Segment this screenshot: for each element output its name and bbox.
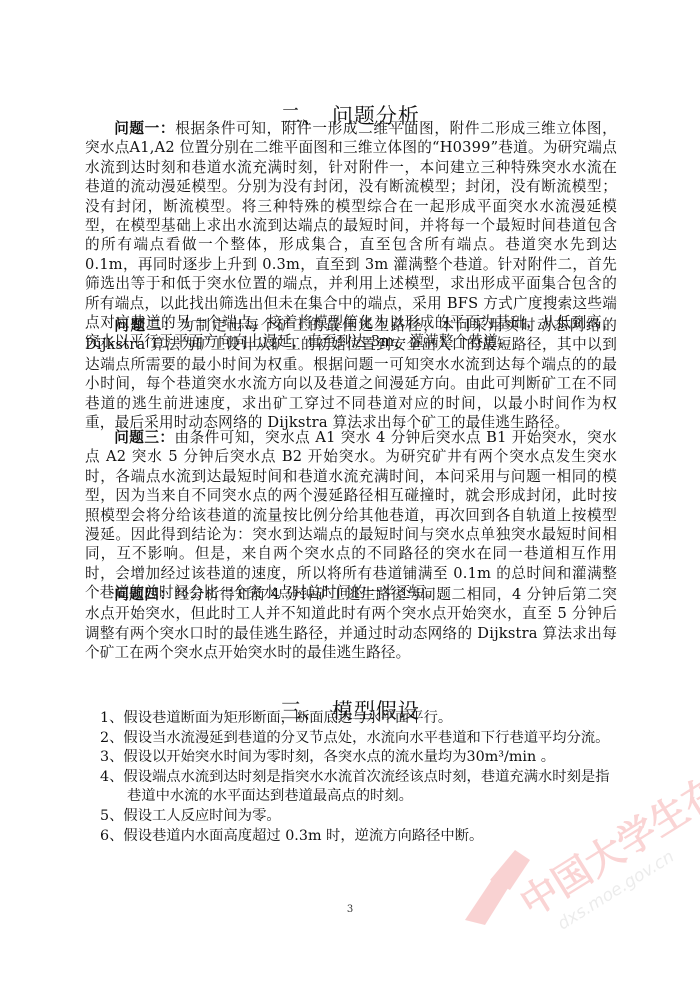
assumption-item: 6、假设巷道内水面高度超过 0.3m 时，逆流方向路径中断。 [100,827,620,847]
problem-4-label: 问题四： [114,586,174,603]
assumption-item: 3、假设以开始突水时间为零时刻，各突水点的流水量均为30m³/min 。 [100,748,620,768]
problem-3-label: 问题三： [114,429,174,446]
problem-2-label: 问题二： [114,317,179,334]
assumption-item: 1、假设巷道断面为矩形断面，断面底边与水平面平行。 [100,709,620,729]
problem-1-label: 问题一： [114,120,175,137]
document-page: 二、 问题分析 问题一：根据条件可知，附件一形成二维平面图，附件二形成三维立体图… [0,0,700,989]
assumption-item: 2、假设当水流漫延到巷道的分叉节点处，水流向水平巷道和下行巷道平均分流。 [100,729,620,749]
watermark-url-text: dxs.moe.gov.cn [554,847,678,930]
paragraph-problem-4: 问题四：经分析得知前 4 分钟矿工逃生路径与问题二相同，4 分钟后第二突水点开始… [85,585,617,663]
problem-3-text: 由条件可知，突水点 A1 突水 4 分钟后突水点 B1 开始突水，突水点 A2 … [85,429,617,601]
assumption-list: 1、假设巷道断面为矩形断面，断面底边与水平面平行。 2、假设当水流漫延到巷道的分… [100,709,620,846]
assumption-item: 5、假设工人反应时间为零。 [100,807,620,827]
paragraph-problem-2: 问题二：为制定出每个矿工的最佳逃生路径，本问采用实时动态网络的 Dijkstra… [85,316,617,432]
page-number: 3 [0,904,700,915]
problem-2-text: 为制定出每个矿工的最佳逃生路径，本问采用实时动态网络的 Dijkstra 算法为… [85,317,617,431]
paragraph-problem-3: 问题三：由条件可知，突水点 A1 突水 4 分钟后突水点 B1 开始突水，突水点… [85,428,617,603]
assumption-item: 4、假设端点水流到达时刻是指突水水流首次流经该点时刻，巷道充满水时刻是指巷道中水… [100,768,620,807]
